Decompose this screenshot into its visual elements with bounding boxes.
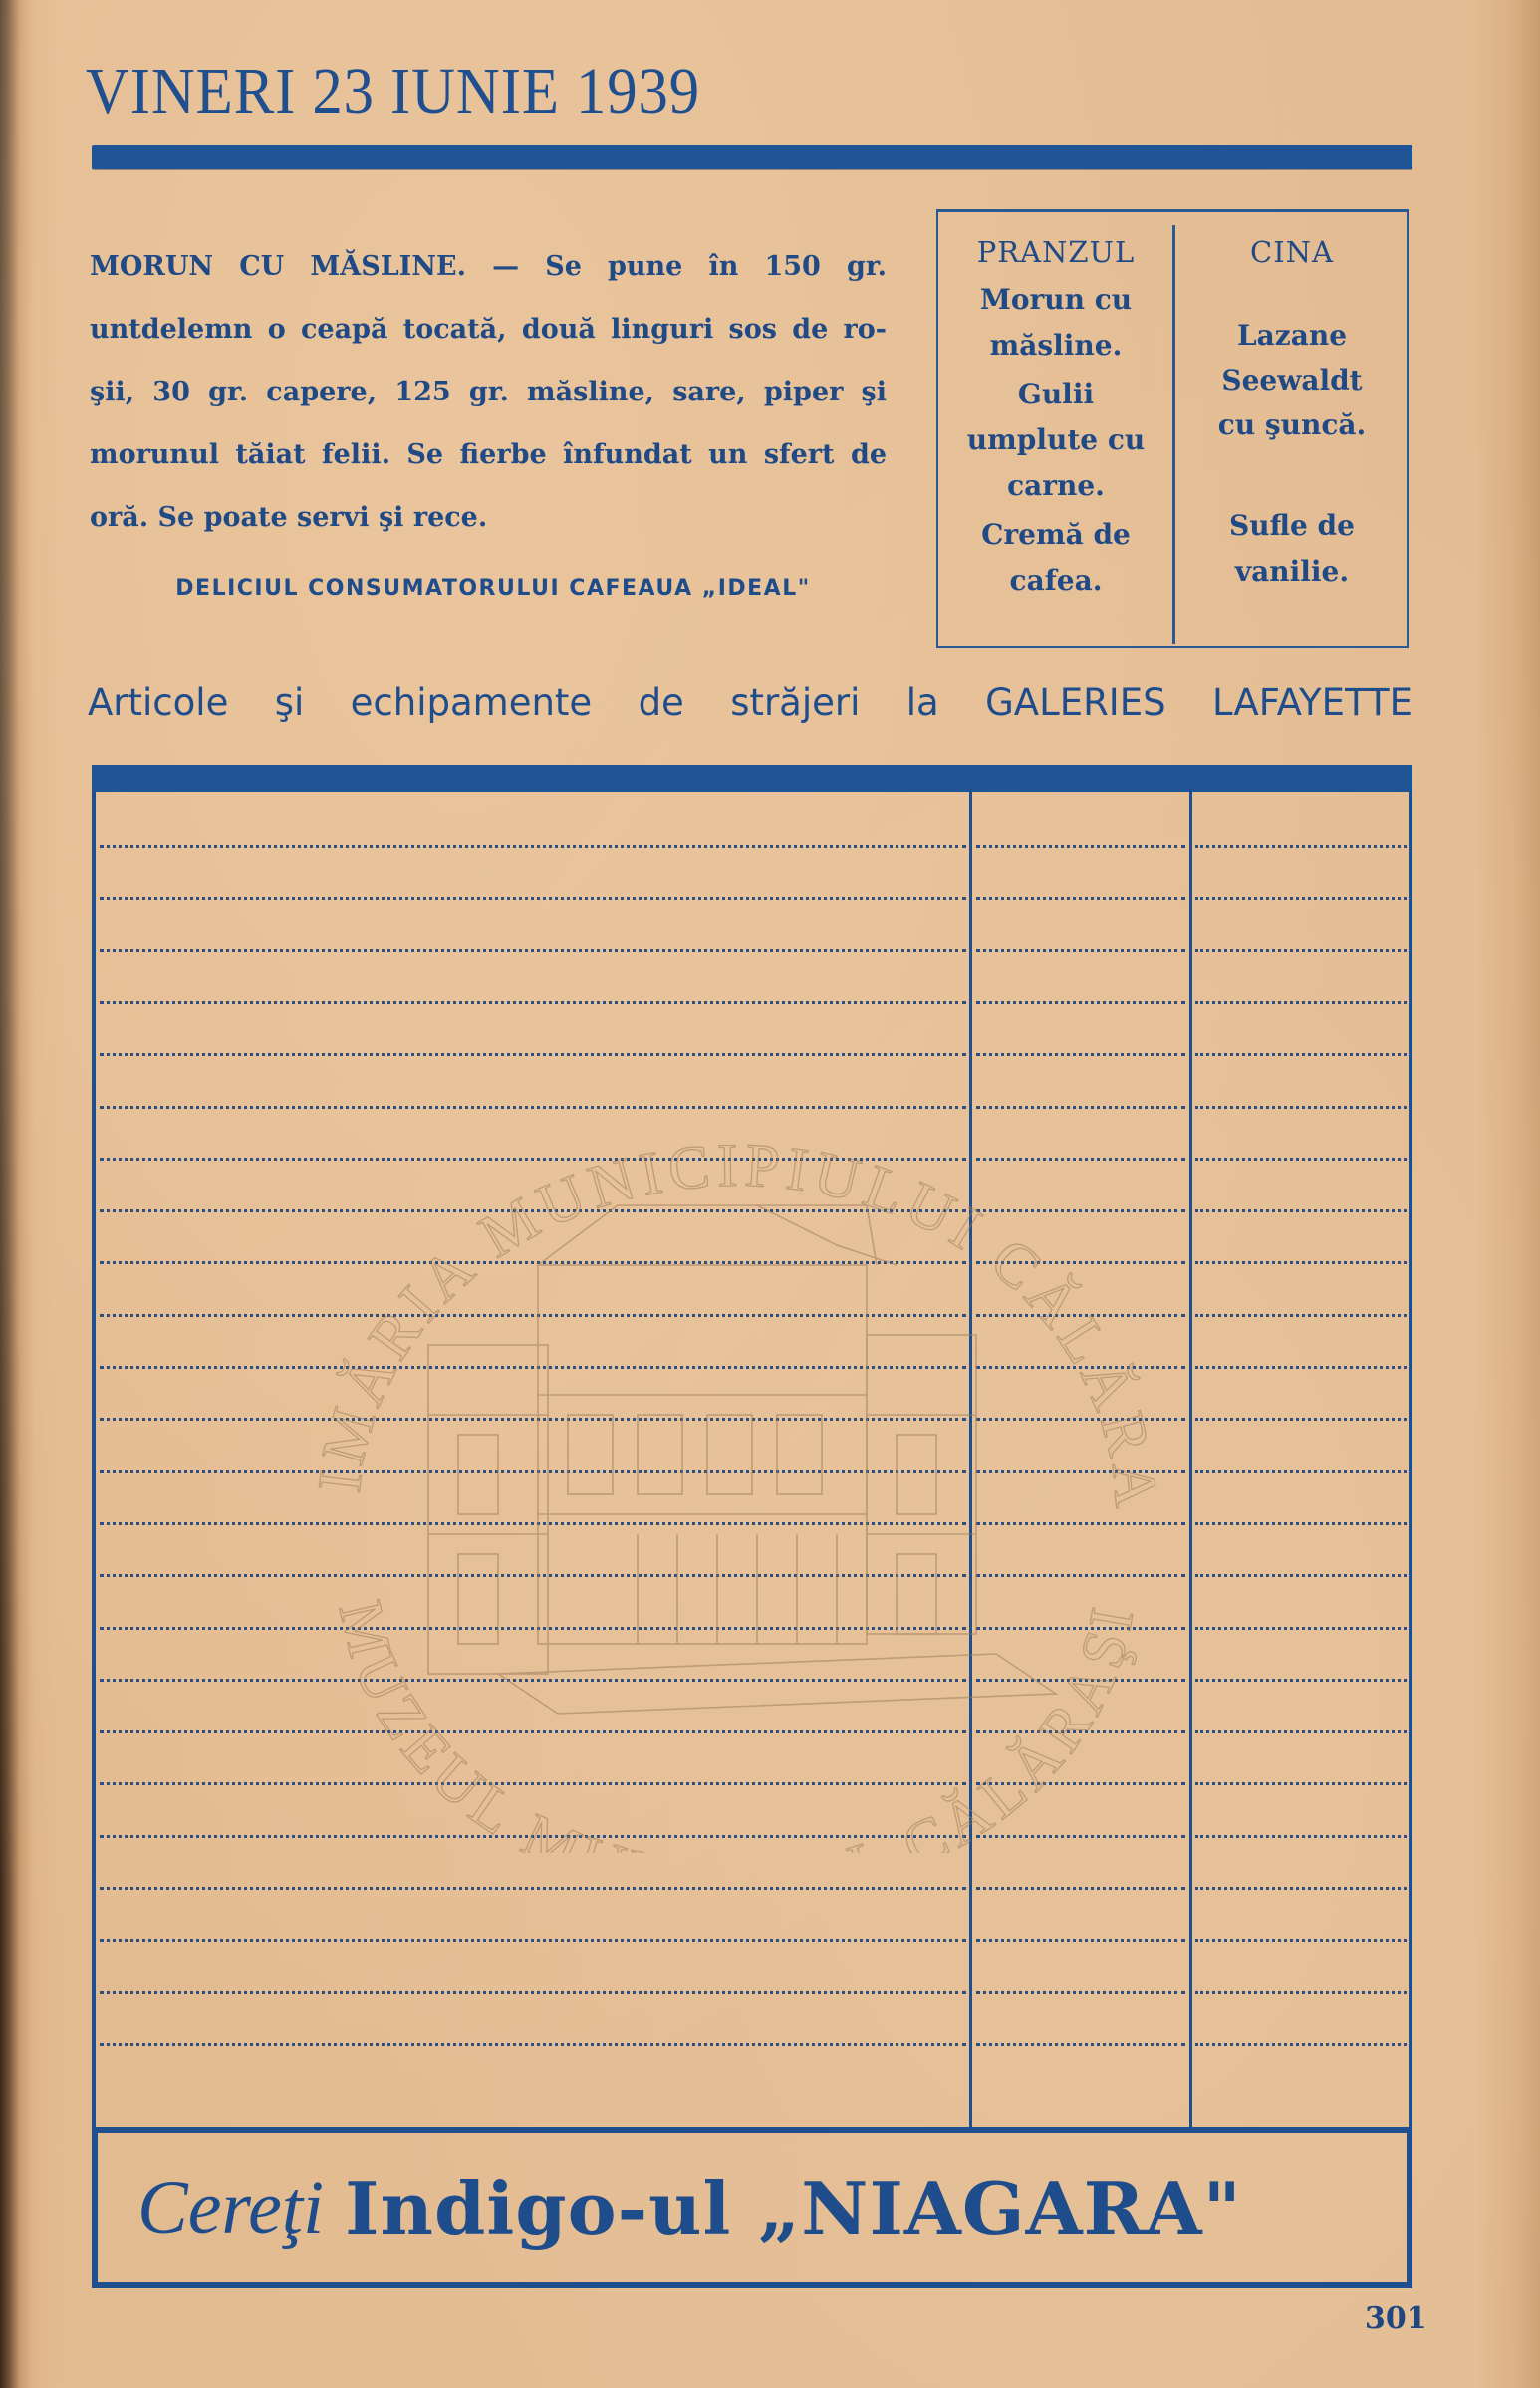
ruled-line xyxy=(976,1001,1185,1004)
recipe-line: şii, 30 gr. capere, 125 gr. măsline, sar… xyxy=(90,361,887,423)
ruled-line xyxy=(100,845,966,848)
recipe-text: MORUN CU MĂSLINE. — Se pune în 150 gr. u… xyxy=(90,235,887,549)
notes-table-header-bar xyxy=(92,765,1412,792)
ruled-line xyxy=(1195,1991,1407,1994)
ruled-line xyxy=(100,1991,966,1994)
ad-word: şi xyxy=(275,681,305,724)
stamp-bottom-text: MUZEUL MUNICIPAL CĂLĂRAŞI xyxy=(326,1595,1149,1853)
menu-lunch-item: Morun cu măsline. xyxy=(976,277,1136,369)
menu-dinner-item: Lazane Seewaldt cu şuncă. xyxy=(1207,313,1377,447)
ruled-line xyxy=(1195,949,1407,952)
ruled-line xyxy=(1195,1001,1407,1004)
ruled-line xyxy=(976,1939,1185,1942)
menu-lunch-column: PRANZUL Morun cu măsline. Gulii umplute … xyxy=(940,231,1171,607)
niagara-ad-bold: Indigo-ul „NIAGARA" xyxy=(345,2166,1242,2251)
ruled-line xyxy=(976,1887,1185,1890)
ad-word: străjeri xyxy=(730,681,860,724)
ruled-line xyxy=(1195,897,1407,900)
ruled-line xyxy=(1195,2043,1407,2046)
ruled-line xyxy=(1195,1939,1407,1942)
header-rule-bar xyxy=(92,145,1412,169)
ruled-line xyxy=(100,897,966,900)
page-number: 301 xyxy=(1365,2301,1427,2336)
ruled-line xyxy=(1195,1887,1407,1890)
recipe-line: oră. Se poate servi şi rece. xyxy=(90,486,887,549)
menu-lunch-heading: PRANZUL xyxy=(940,235,1171,269)
ruled-line xyxy=(976,1053,1185,1056)
menu-lunch-item: Cremă de cafea. xyxy=(971,512,1141,604)
galeries-lafayette-ad: Articole şi echipamente de străjeri la G… xyxy=(88,681,1412,724)
ruled-line xyxy=(976,2043,1185,2046)
niagara-ad-italic: Cereţi xyxy=(137,2165,324,2252)
stamp-top-text: PRIMĂRIA MUNICIPIULUI CĂLĂRAŞI xyxy=(239,1096,1170,1516)
menu-dinner-heading: CINA xyxy=(1175,235,1409,269)
menu-dinner-item: Sufle de vanilie. xyxy=(1207,503,1377,595)
ruled-line xyxy=(976,1991,1185,1994)
recipe-line: MORUN CU MĂSLINE. — Se pune în 150 gr. xyxy=(90,235,887,298)
ruled-line xyxy=(100,949,966,952)
ad-word: de xyxy=(639,681,684,724)
ruled-line xyxy=(976,949,1185,952)
ideal-coffee-ad: DELICIUL CONSUMATORULUI CAFEAUA „IDEAL" xyxy=(129,576,857,601)
ad-word: la xyxy=(906,681,939,724)
recipe-line: morunul tăiat felii. Se fierbe înfundat … xyxy=(90,423,887,486)
ad-word: GALERIES xyxy=(985,681,1165,724)
ad-word: Articole xyxy=(88,681,228,724)
niagara-indigo-ad: Cereţi Indigo-ul „NIAGARA" xyxy=(92,2127,1412,2288)
museum-stamp-emboss: PRIMĂRIA MUNICIPIULUI CĂLĂRAŞI MUZEUL MU… xyxy=(239,1096,1235,1853)
ad-word: LAFAYETTE xyxy=(1212,681,1412,724)
ruled-line xyxy=(976,897,1185,900)
ruled-line xyxy=(100,2043,966,2046)
recipe-line: untdelemn o ceapă tocată, două linguri s… xyxy=(90,298,887,361)
ad-word: echipamente xyxy=(351,681,593,724)
page-date-title: VINERI 23 IUNIE 1939 xyxy=(86,52,700,132)
menu-lunch-item: Gulii umplute cu carne. xyxy=(961,372,1151,509)
ruled-line xyxy=(100,1939,966,1942)
ruled-line xyxy=(1195,1053,1407,1056)
ruled-line xyxy=(976,845,1185,848)
menu-dinner-column: CINA Lazane Seewaldt cu şuncă. Sufle de … xyxy=(1175,231,1409,595)
ruled-line xyxy=(100,1053,966,1056)
ruled-line xyxy=(100,1887,966,1890)
ruled-line xyxy=(100,1001,966,1004)
ruled-line xyxy=(1195,845,1407,848)
